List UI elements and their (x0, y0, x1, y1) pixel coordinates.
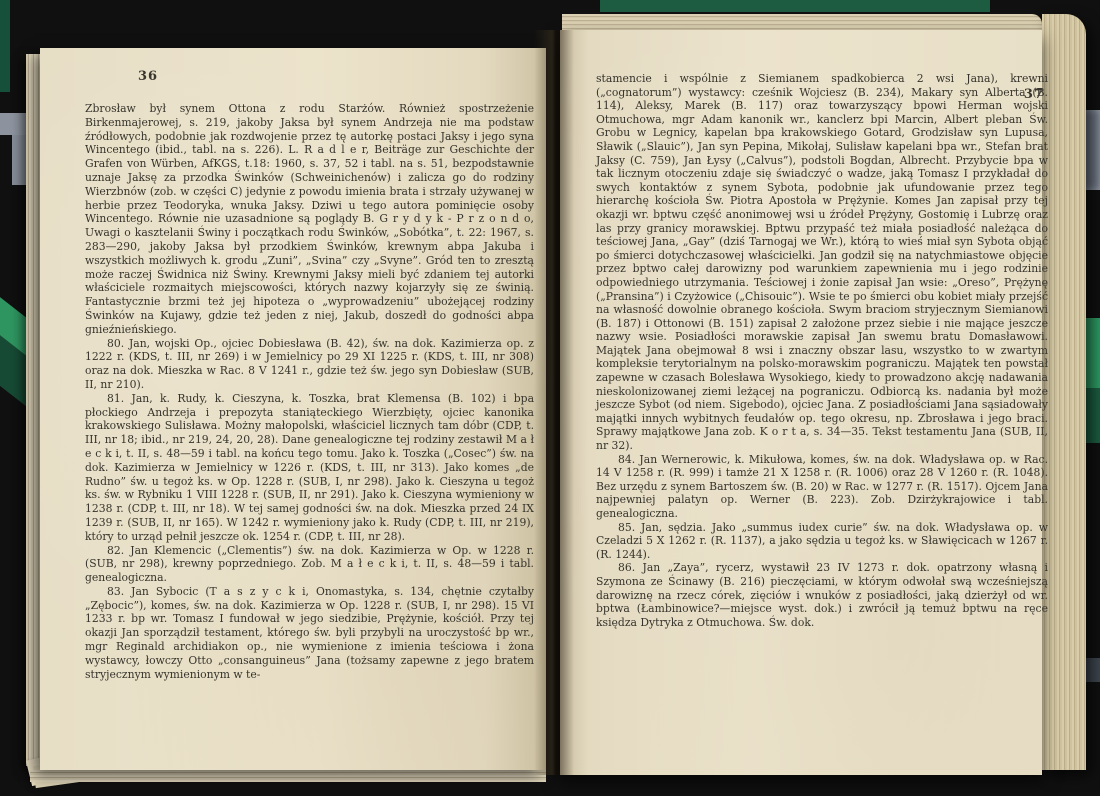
paragraph-entry-81: 81. Jan, k. Rudy, k. Cieszyna, k. Toszka… (85, 392, 534, 544)
page-number-right: 37 (1024, 88, 1044, 102)
page-stack-edge-left (26, 54, 40, 766)
page-stack-edge-top (562, 14, 1042, 30)
left-page-text-column: 36 Zbrosław był synem Ottona z rodu Star… (85, 74, 534, 681)
paragraph-entry-86: 86. Jan „Zaya”, rycerz, wystawił 23 IV 1… (596, 561, 1048, 629)
page-number-left: 36 (138, 70, 158, 84)
page-stack-fore-edge-right (1042, 14, 1086, 770)
paragraph-entry-80: 80. Jan, wojski Op., ojciec Dobiesława (… (85, 337, 534, 392)
paragraph-entry-82: 82. Jan Klemencic („Clementis”) św. na d… (85, 544, 534, 585)
paragraph: Zbrosław był synem Ottona z rodu Starżów… (85, 102, 534, 337)
book-page-right: 37 stamencie i wspólnie z Siemianem spad… (560, 30, 1042, 775)
paragraph-entry-85: 85. Jan, sędzia. Jako „summus iudex curi… (596, 521, 1048, 562)
cover-green-strip-top-left (0, 0, 10, 92)
right-page-text-column: 37 stamencie i wspólnie z Siemianem spad… (596, 72, 1048, 629)
cover-gray-fragment-right-small (1085, 658, 1100, 682)
paragraph-entry-83: 83. Jan Sybocic (T a s z y c k i, Onomas… (85, 585, 534, 682)
paragraph-entry-84: 84. Jan Wernerowic, k. Mikułowa, komes, … (596, 453, 1048, 521)
book-page-left: 36 Zbrosław był synem Ottona z rodu Star… (40, 48, 546, 770)
cover-green-strip-top (600, 0, 990, 12)
paragraph: stamencie i wspólnie z Siemianem spadkob… (596, 72, 1048, 453)
page-stack-edge-bottom (30, 770, 546, 782)
